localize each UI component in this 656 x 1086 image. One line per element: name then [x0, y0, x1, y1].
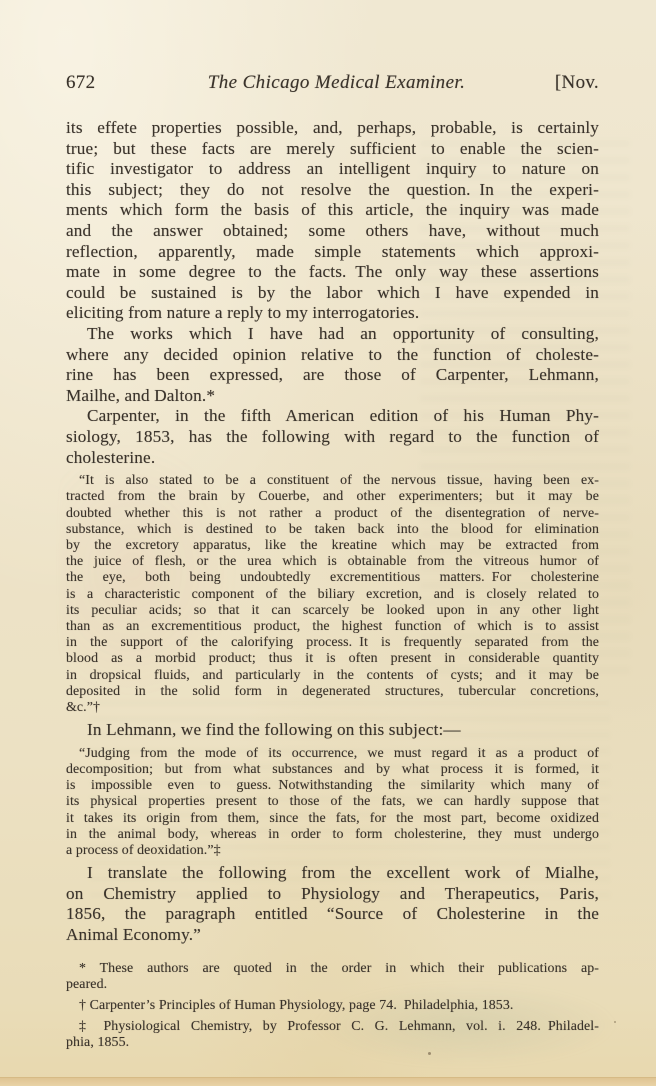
page-bottom-edge	[0, 1077, 656, 1086]
text-line: ‡ Physiological Chemistry, by Professor …	[66, 1019, 599, 1035]
text-line: “It is also stated to be a constituent o…	[66, 473, 599, 489]
text-line: by the excretory apparatus, like the kre…	[66, 538, 599, 554]
footnote-text: † Carpenter’s Principles of Human Physio…	[66, 998, 599, 1014]
text-line: a process of deoxidation.”‡	[66, 843, 599, 859]
text-line: siology, 1853, has the following with re…	[66, 427, 599, 448]
text-line: cholesterine.	[66, 448, 599, 469]
text-line: Animal Economy.”	[66, 925, 599, 946]
footnote: † Carpenter’s Principles of Human Physio…	[66, 998, 599, 1014]
text-line: decomposition; but from what substances …	[66, 762, 599, 778]
quote-block: “It is also stated to be a constituent o…	[66, 473, 599, 716]
text-line: * These authors are quoted in the order …	[66, 961, 599, 977]
text-line: The works which I have had an opportunit…	[66, 324, 599, 345]
text-line: doubted whether this is not rather a pro…	[66, 506, 599, 522]
text-line: &c.”†	[66, 700, 599, 716]
text-line: is a characteristic component of the bil…	[66, 587, 599, 603]
text-line: in dropsical fluids, and particularly in…	[66, 668, 599, 684]
page-content: 672 The Chicago Medical Examiner. [Nov. …	[66, 72, 599, 1056]
text-line: is impossible even to guess. Notwithstan…	[66, 778, 599, 794]
text-line: mate in some degree to the facts. The on…	[66, 262, 599, 283]
text-line: the juice of flesh, or the urea which is…	[66, 554, 599, 570]
text-line: rine has been expressed, are those of Ca…	[66, 365, 599, 386]
text-line: reflection, apparently, made simple stat…	[66, 242, 599, 263]
text-line: it takes its origin from them, since the…	[66, 811, 599, 827]
text-line: where any decided opinion relative to th…	[66, 345, 599, 366]
text-line: this subject; they do not resolve the qu…	[66, 180, 599, 201]
footnotes-section: * These authors are quoted in the order …	[66, 961, 599, 1052]
text-line: tracted from the brain by Couerbe, and o…	[66, 489, 599, 505]
footnote: * These authors are quoted in the order …	[66, 961, 599, 993]
text-line: substance, which is destined to be taken…	[66, 522, 599, 538]
text-line: its physical properties present to those…	[66, 794, 599, 810]
text-line: blood as a morbid product; thus it is of…	[66, 651, 599, 667]
text-line: 1856, the paragraph entitled “Source of …	[66, 904, 599, 925]
text-line: its effete properties possible, and, per…	[66, 118, 599, 139]
text-line: true; but these facts are merely suffici…	[66, 139, 599, 160]
text-line: on Chemistry applied to Physiology and T…	[66, 884, 599, 905]
scanned-page: 672 The Chicago Medical Examiner. [Nov. …	[0, 0, 656, 1086]
text-line: deposited in the solid form in degenerat…	[66, 684, 599, 700]
running-header: 672 The Chicago Medical Examiner. [Nov.	[66, 72, 599, 94]
text-line: the eye, both being undoubtedly excremen…	[66, 570, 599, 586]
text-line: tific investigator to address an intelli…	[66, 159, 599, 180]
text-line: and the answer obtained; some others hav…	[66, 221, 599, 242]
page-number: 672	[66, 72, 126, 94]
journal-title: The Chicago Medical Examiner.	[126, 72, 547, 94]
text-line: Mailhe, and Dalton.*	[66, 386, 599, 407]
text-line: eliciting from nature a reply to my inte…	[66, 303, 599, 324]
footnote-text: ‡ Physiological Chemistry, by Professor …	[66, 1019, 599, 1051]
text-line: phia, 1855.	[66, 1035, 599, 1051]
text-line: its peculiar acids; so that it can scarc…	[66, 603, 599, 619]
issue-month: [Nov.	[547, 72, 599, 94]
text-line: than as an excrementitious product, the …	[66, 619, 599, 635]
footnote-text: * These authors are quoted in the order …	[66, 961, 599, 993]
footnote: ‡ Physiological Chemistry, by Professor …	[66, 1019, 599, 1051]
text-line: could be sustained is by the labor which…	[66, 283, 599, 304]
text-line: peared.	[66, 977, 599, 993]
text-line: † Carpenter’s Principles of Human Physio…	[66, 998, 599, 1014]
paragraph: In Lehmann, we find the following on thi…	[66, 720, 599, 741]
quote-block: “Judging from the mode of its occurrence…	[66, 746, 599, 859]
paragraph: I translate the following from the excel…	[66, 863, 599, 945]
text-line: I translate the following from the excel…	[66, 863, 599, 884]
text-line: “Judging from the mode of its occurrence…	[66, 746, 599, 762]
paragraph: The works which I have had an opportunit…	[66, 324, 599, 406]
text-line: in the animal body, whereas in order to …	[66, 827, 599, 843]
text-line: Carpenter, in the fifth American edition…	[66, 406, 599, 427]
text-line: in the support of the calorifying proces…	[66, 635, 599, 651]
page-body: its effete properties possible, and, per…	[66, 118, 599, 946]
paragraph: Carpenter, in the fifth American edition…	[66, 406, 599, 468]
text-line: ments which form the basis of this artic…	[66, 200, 599, 221]
paper-speck	[614, 1021, 616, 1023]
paragraph: its effete properties possible, and, per…	[66, 118, 599, 324]
text-line: In Lehmann, we find the following on thi…	[66, 720, 599, 741]
